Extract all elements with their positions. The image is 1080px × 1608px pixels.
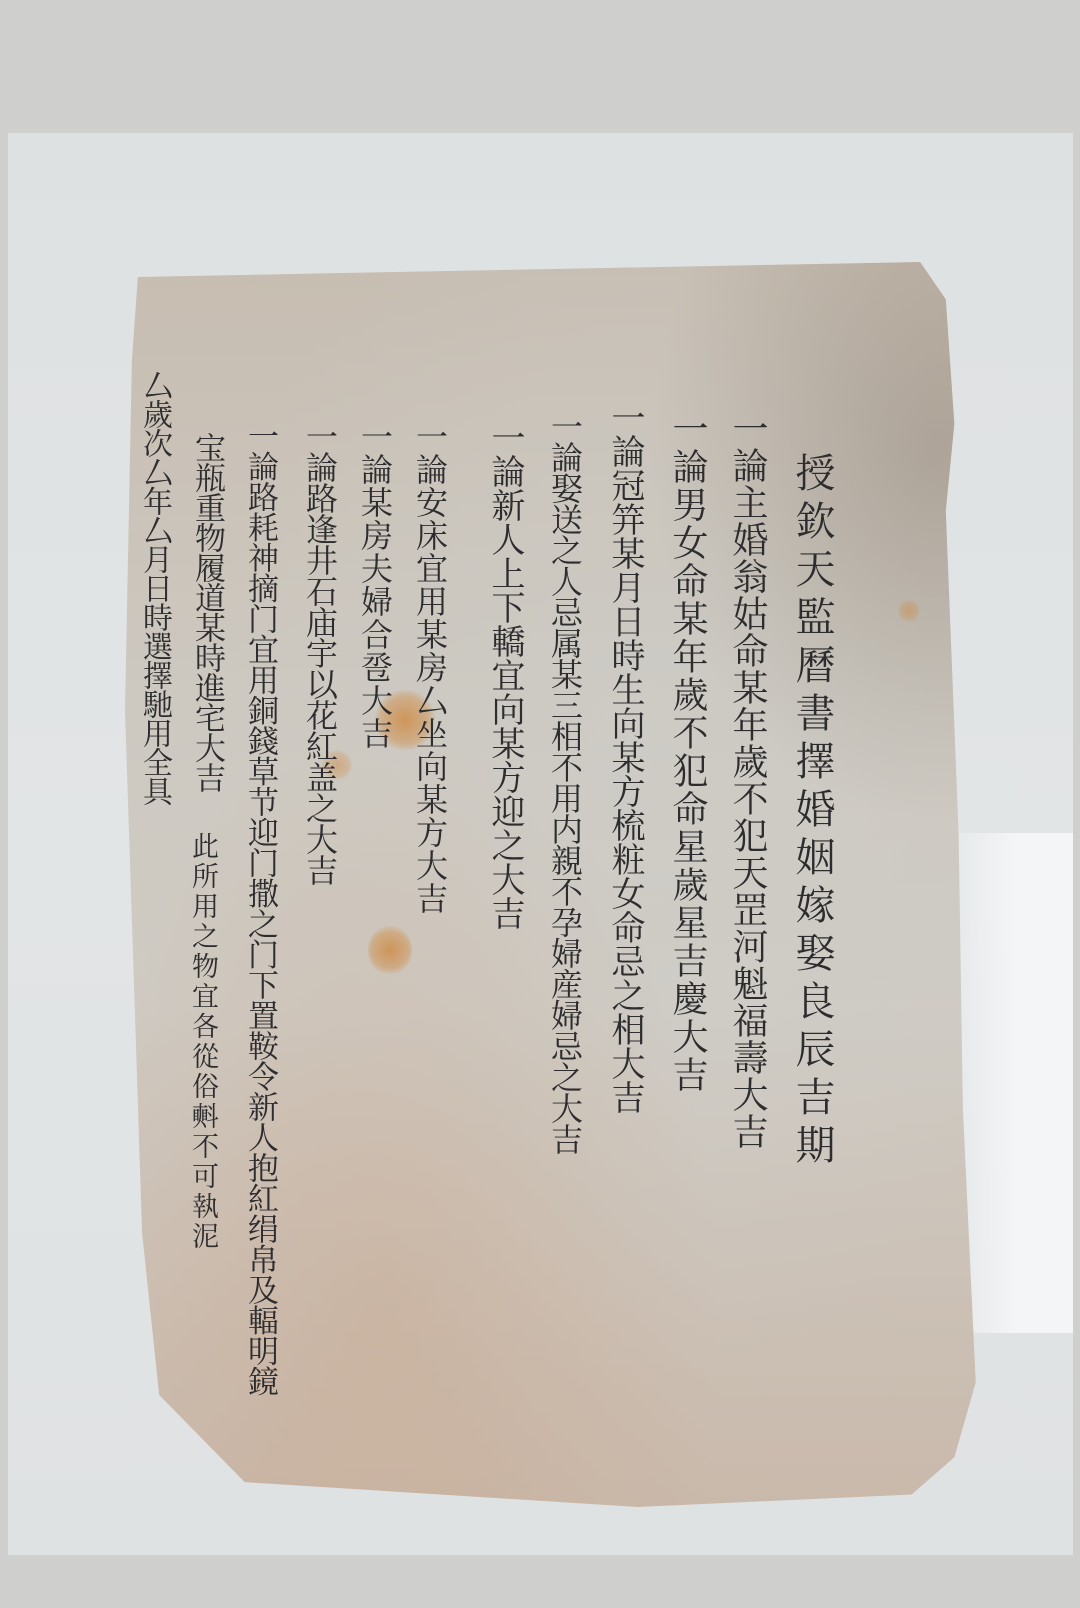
document-title: 授欽天監曆書擇婚姻嫁娶良辰吉期 (790, 452, 834, 1172)
manuscript-text: 授欽天監曆書擇婚姻嫁娶良辰吉期 一論主婚翁姑命某年歲不犯天罡河魁福壽大吉 一論男… (130, 370, 850, 1410)
rule-column: 一論男女命某年歲不犯命星歲星吉慶大吉 (667, 410, 707, 1094)
rule-column-continuation: 宝瓶重物履道某時進宅大吉 (187, 432, 227, 792)
rule-column: 一論新人上下轎宜向某方迎之大吉 (485, 420, 525, 930)
rule-column: 一論主婚翁姑命某年歲不犯天罡河魁福壽大吉 (727, 410, 767, 1150)
rule-column: 一論某房夫婦合卺大吉 (355, 420, 395, 750)
rule-column: 一論娶送之人忌属某三相不用内親不孕婦産婦忌之大吉 (545, 410, 585, 1154)
rule-column: 一論安床宜用某房厶坐向某方大吉 (410, 420, 450, 915)
rule-column: 一論冠笄某月日時生向某方梳粧女命忌之相大吉 (605, 400, 645, 1114)
date-column: 厶歲次厶年厶月日時選擇馳用全具 (135, 370, 173, 805)
note-column: 此所用之物宜各從俗㪺不可執泥 (185, 832, 219, 1252)
photo-scene: 授欽天監曆書擇婚姻嫁娶良辰吉期 一論主婚翁姑命某年歲不犯天罡河魁福壽大吉 一論男… (0, 0, 1080, 1608)
rule-column: 一論路耗神摘门宜用銅錢草节迎门撒之门下置鞍令新人抱紅绢帛及輻明鏡 (240, 420, 280, 1396)
rule-column: 一論路逢井石庙宇以花紅盖之大吉 (300, 420, 340, 885)
water-stain (898, 600, 920, 622)
